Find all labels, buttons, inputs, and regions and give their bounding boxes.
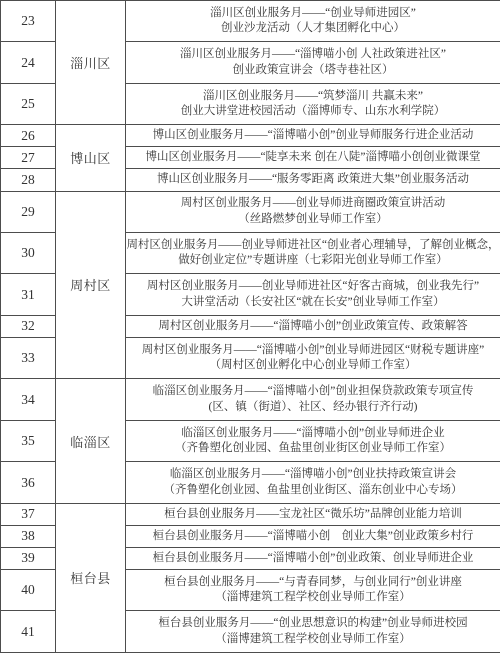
row-number-cell: 36	[1, 462, 56, 503]
row-number-cell: 35	[1, 420, 56, 461]
row-number-cell: 31	[1, 274, 56, 315]
activity-line: 临淄区创业服务月——“淄博喵小创”创业扶持政策宣讲会	[126, 467, 500, 483]
activity-schedule-table: 23淄川区淄川区创业服务月——“创业导师进园区”创业沙龙活动（人才集团孵化中心）…	[0, 0, 500, 653]
activity-cell: 临淄区创业服务月——“淄博喵小创”创业导师进企业（齐鲁塑化创业园、鱼盐里创业街区…	[126, 420, 500, 461]
row-number-cell: 25	[1, 83, 56, 124]
activity-line: （齐鲁塑化创业园、鱼盐里创业街区创业导师工作室）	[126, 441, 500, 457]
row-number-cell: 27	[1, 147, 56, 169]
activity-line: 桓台县创业服务月——宝龙社区“微乐坊”品牌创业能力培训	[126, 507, 500, 523]
activity-line: 大讲堂活动（长安社区“就在长安”创业导师工作室）	[126, 295, 500, 311]
table-row: 29周村区周村区创业服务月——创业导师进商圈政策宣讲活动（丝路燃梦创业导师工作室…	[1, 191, 500, 232]
row-number-cell: 32	[1, 315, 56, 337]
district-cell: 博山区	[56, 125, 126, 191]
row-number-cell: 28	[1, 169, 56, 191]
activity-line: 淄川区创业服务月——“创业导师进园区”	[126, 6, 500, 22]
table-row: 34临淄区临淄区创业服务月——“淄博喵小创”创业担保贷款政策专项宣传(区、镇（街…	[1, 379, 500, 420]
schedule-table-body: 23淄川区淄川区创业服务月——“创业导师进园区”创业沙龙活动（人才集团孵化中心）…	[1, 1, 500, 653]
activity-cell: 周村区创业服务月——创业导师进商圈政策宣讲活动（丝路燃梦创业导师工作室）	[126, 191, 500, 232]
row-number-cell: 38	[1, 525, 56, 547]
table-row: 26博山区博山区创业服务月——“淄博喵小创”创业导师服务行进企业活动	[1, 125, 500, 147]
row-number-cell: 29	[1, 191, 56, 232]
activity-line: 淄川区创业服务月——“淄博喵小创 人社政策进社区”	[126, 47, 500, 63]
district-cell: 临淄区	[56, 379, 126, 503]
activity-line: 临淄区创业服务月——“淄博喵小创”创业导师进企业	[126, 426, 500, 442]
row-number-cell: 40	[1, 569, 56, 610]
row-number-cell: 39	[1, 547, 56, 569]
activity-line: 周村区创业服务月——“淄博喵小创”创业导师进园区“财税专题讲座”	[126, 343, 500, 359]
activity-line: 周村区创业服务月——创业导师进商圈政策宣讲活动	[126, 196, 500, 212]
row-number-cell: 26	[1, 125, 56, 147]
row-number-cell: 23	[1, 1, 56, 42]
activity-cell: 周村区创业服务月——“淄博喵小创”创业政策宣传、政策解答	[126, 315, 500, 337]
activity-line: 桓台县创业服务月——“创业思想意识的构建”创业导师进校园	[126, 616, 500, 632]
activity-cell: 临淄区创业服务月——“淄博喵小创”创业扶持政策宣讲会（齐鲁塑化创业园、鱼盐里创业…	[126, 462, 500, 503]
activity-cell: 桓台县创业服务月——宝龙社区“微乐坊”品牌创业能力培训	[126, 503, 500, 525]
row-number-cell: 37	[1, 503, 56, 525]
activity-line: 桓台县创业服务月——“淄博喵小创”创业政策、创业导师进企业	[126, 551, 500, 567]
activity-line: （齐鲁塑化创业园、鱼盐里创业街区、淄东创业中心专场）	[126, 483, 500, 499]
activity-line: 博山区创业服务月——“服务零距离 政策进大集”创业服务活动	[126, 172, 500, 188]
activity-line: （周村区创业孵化中心创业导师工作室）	[126, 358, 500, 374]
activity-line: （淄博建筑工程学校创业导师工作室）	[126, 632, 500, 648]
activity-cell: 周村区创业服务月——“淄博喵小创”创业导师进园区“财税专题讲座”（周村区创业孵化…	[126, 337, 500, 378]
table-row: 23淄川区淄川区创业服务月——“创业导师进园区”创业沙龙活动（人才集团孵化中心）	[1, 1, 500, 42]
activity-line: （丝路燃梦创业导师工作室）	[126, 212, 500, 228]
activity-cell: 博山区创业服务月——“陡享未来 创在八陡”淄博喵小创创业微课堂	[126, 147, 500, 169]
activity-line: 创业大讲堂进校园活动（淄博师专、山东水利学院）	[126, 104, 500, 120]
activity-line: 桓台县创业服务月——“淄博喵小创 创业大集”创业政策乡村行	[126, 529, 500, 545]
row-number-cell: 33	[1, 337, 56, 378]
activity-cell: 周村区创业服务月——创业导师进社区“好客古商城，创业我先行”大讲堂活动（长安社区…	[126, 274, 500, 315]
activity-cell: 临淄区创业服务月——“淄博喵小创”创业担保贷款政策专项宣传(区、镇（街道）、社区…	[126, 379, 500, 420]
row-number-cell: 41	[1, 611, 56, 653]
district-cell: 周村区	[56, 191, 126, 379]
activity-line: 桓台县创业服务月——“与青春同梦，与创业同行”创业讲座	[126, 575, 500, 591]
activity-line: (区、镇（街道）、社区、经办银行齐行动)	[126, 400, 500, 416]
row-number-cell: 30	[1, 232, 56, 273]
district-cell: 淄川区	[56, 1, 126, 125]
activity-cell: 周村区创业服务月——创业导师进社区“创业者心理辅导，了解创业概念，做好创业定位”…	[126, 232, 500, 273]
activity-cell: 博山区创业服务月——“淄博喵小创”创业导师服务行进企业活动	[126, 125, 500, 147]
activity-cell: 博山区创业服务月——“服务零距离 政策进大集”创业服务活动	[126, 169, 500, 191]
activity-cell: 淄川区创业服务月——“淄博喵小创 人社政策进社区”创业政策宣讲会（塔寺巷社区）	[126, 42, 500, 83]
activity-cell: 桓台县创业服务月——“淄博喵小创”创业政策、创业导师进企业	[126, 547, 500, 569]
activity-cell: 桓台县创业服务月——“与青春同梦，与创业同行”创业讲座（淄博建筑工程学校创业导师…	[126, 569, 500, 610]
activity-line: 做好创业定位”专题讲座（七彩阳光创业导师工作室）	[126, 253, 500, 269]
activity-line: 创业沙龙活动（人才集团孵化中心）	[126, 21, 500, 37]
activity-line: 淄川区创业服务月——“筑梦淄川 共赢未来”	[126, 89, 500, 105]
activity-line: 周村区创业服务月——创业导师进社区“好客古商城，创业我先行”	[126, 279, 500, 295]
row-number-cell: 34	[1, 379, 56, 420]
activity-line: 临淄区创业服务月——“淄博喵小创”创业担保贷款政策专项宣传	[126, 384, 500, 400]
row-number-cell: 24	[1, 42, 56, 83]
activity-line: 周村区创业服务月——“淄博喵小创”创业政策宣传、政策解答	[126, 319, 500, 335]
activity-line: 创业政策宣讲会（塔寺巷社区）	[126, 63, 500, 79]
activity-line: 博山区创业服务月——“淄博喵小创”创业导师服务行进企业活动	[126, 128, 500, 144]
activity-cell: 淄川区创业服务月——“创业导师进园区”创业沙龙活动（人才集团孵化中心）	[126, 1, 500, 42]
table-row: 37桓台县桓台县创业服务月——宝龙社区“微乐坊”品牌创业能力培训	[1, 503, 500, 525]
activity-line: （淄博建筑工程学校创业导师工作室）	[126, 590, 500, 606]
activity-cell: 淄川区创业服务月——“筑梦淄川 共赢未来”创业大讲堂进校园活动（淄博师专、山东水…	[126, 83, 500, 124]
activity-cell: 桓台县创业服务月——“淄博喵小创 创业大集”创业政策乡村行	[126, 525, 500, 547]
activity-cell: 桓台县创业服务月——“创业思想意识的构建”创业导师进校园（淄博建筑工程学校创业导…	[126, 611, 500, 653]
district-cell: 桓台县	[56, 503, 126, 652]
activity-line: 博山区创业服务月——“陡享未来 创在八陡”淄博喵小创创业微课堂	[126, 150, 500, 166]
activity-line: 周村区创业服务月——创业导师进社区“创业者心理辅导，了解创业概念，	[126, 238, 500, 254]
